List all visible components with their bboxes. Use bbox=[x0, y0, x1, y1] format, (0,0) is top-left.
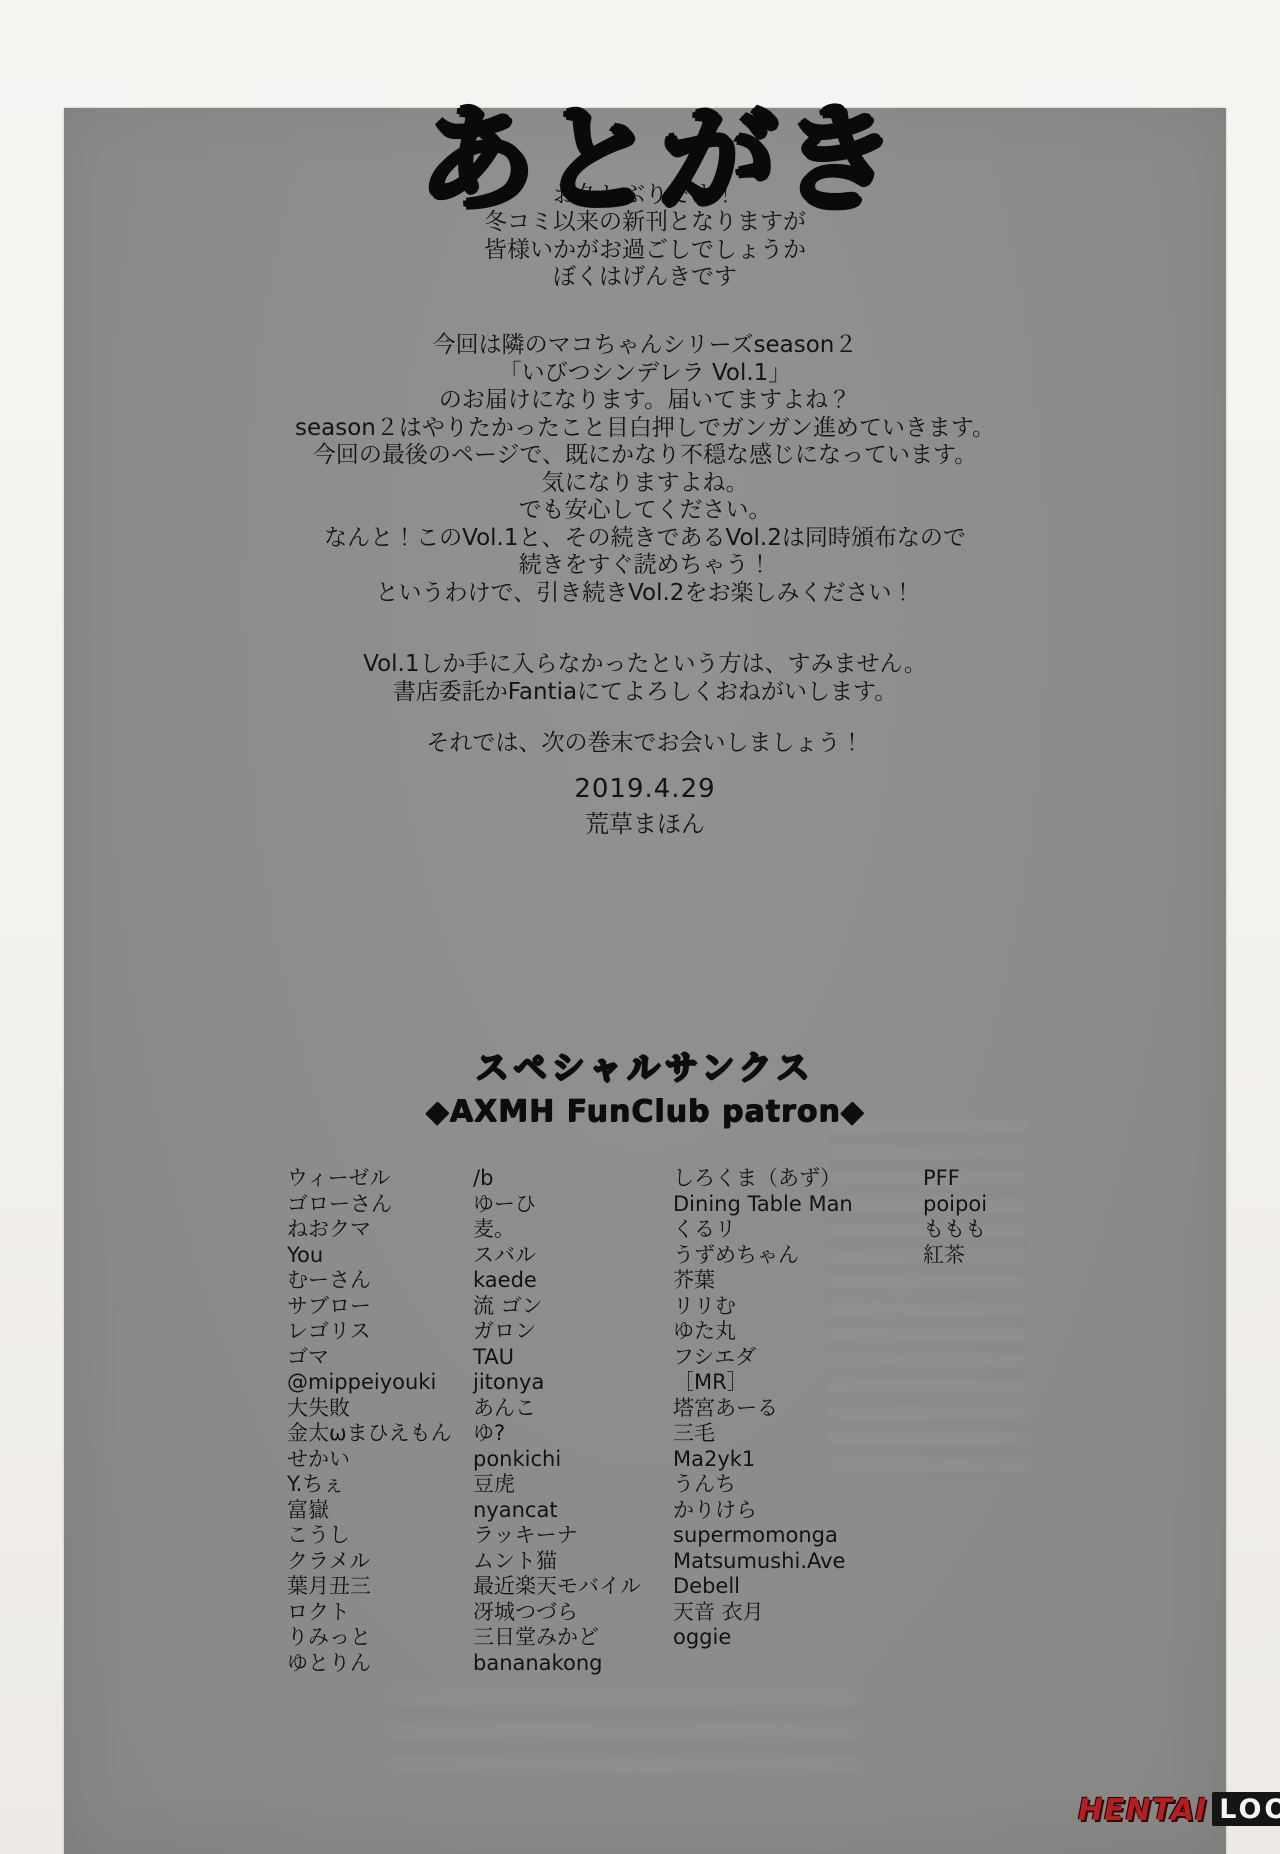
thanks-name: サブロー bbox=[287, 1294, 473, 1320]
thanks-name: Matsumushi.Ave bbox=[673, 1549, 923, 1575]
watermark-word-hentai: HENTAI bbox=[1078, 1796, 1207, 1826]
thanks-name: Y.ちぇ bbox=[287, 1472, 473, 1498]
thanks-name: ウィーゼル bbox=[287, 1166, 473, 1192]
text-line: 書店委託かFantiaにてよろしくおねがいします。 bbox=[64, 678, 1226, 706]
thanks-name: ももも bbox=[923, 1217, 1073, 1243]
thanks-name: /b bbox=[473, 1166, 673, 1192]
afterword-apology-paragraph: Vol.1しか手に入らなかったという方は、すみません。書店委託かFantiaにて… bbox=[64, 650, 1226, 706]
thanks-name: bananakong bbox=[473, 1651, 673, 1677]
thanks-name: ［MR］ bbox=[673, 1370, 923, 1396]
thanks-name: Ma2yk1 bbox=[673, 1447, 923, 1473]
text-line: season２はやりたかったこと目白押しでガンガン進めていきます。 bbox=[64, 415, 1226, 443]
thanks-column-3: しろくま（あず）Dining Table Manくるリうずめちゃん芥葉リリむゆた… bbox=[673, 1166, 923, 1676]
text-line: でも安心してください。 bbox=[64, 497, 1226, 525]
text-line: 今回は隣のマコちゃんシリーズseason２ bbox=[64, 332, 1226, 360]
thanks-name: 富嶽 bbox=[287, 1498, 473, 1524]
special-thanks-subheading: ◆AXMH FunClub patron◆ bbox=[64, 1094, 1226, 1129]
thanks-name: ponkichi bbox=[473, 1447, 673, 1473]
thanks-name: 冴城つづら bbox=[473, 1600, 673, 1626]
thanks-name: ゆとりん bbox=[287, 1651, 473, 1677]
thanks-name: 塔宮あーる bbox=[673, 1396, 923, 1422]
text-line: 気になりますよね。 bbox=[64, 470, 1226, 498]
text-line: 皆様いかがお過ごしでしょうか bbox=[64, 237, 1226, 264]
thanks-name: 流 ゴン bbox=[473, 1294, 673, 1320]
afterword-body-paragraph: 今回は隣のマコちゃんシリーズseason２「いびつシンデレラ Vol.1」のお届… bbox=[64, 332, 1226, 607]
thanks-name: ラッキーナ bbox=[473, 1523, 673, 1549]
thanks-column-2: /bゆーひ麦。スバルkaede流 ゴンガロンTAUjitonyaあんこゆ?pon… bbox=[473, 1166, 673, 1676]
thanks-column-1: ウィーゼルゴローさんねおクマYouむーさんサブローレゴリスゴマ@mippeiyo… bbox=[287, 1166, 473, 1676]
thanks-name: oggie bbox=[673, 1625, 923, 1651]
text-line: 今回の最後のページで、既にかなり不穏な感じになっています。 bbox=[64, 442, 1226, 470]
text-line: 続きをすぐ読めちゃう！ bbox=[64, 552, 1226, 580]
thanks-name: せかい bbox=[287, 1447, 473, 1473]
thanks-name: TAU bbox=[473, 1345, 673, 1371]
thanks-name: jitonya bbox=[473, 1370, 673, 1396]
thanks-name: あんこ bbox=[473, 1396, 673, 1422]
text-line: ぼくはげんきです bbox=[64, 264, 1226, 291]
thanks-name: ゆーひ bbox=[473, 1192, 673, 1218]
thanks-name: うずめちゃん bbox=[673, 1243, 923, 1269]
publish-date: 2019.4.29 bbox=[64, 774, 1226, 804]
thanks-name: 三毛 bbox=[673, 1421, 923, 1447]
hentailoop-watermark: HENTAI LOOP .com bbox=[1078, 1792, 1280, 1826]
thanks-name: @mippeiyouki bbox=[287, 1370, 473, 1396]
thanks-name: 大失敗 bbox=[287, 1396, 473, 1422]
thanks-name: 豆虎 bbox=[473, 1472, 673, 1498]
thanks-name: むーさん bbox=[287, 1268, 473, 1294]
thanks-name: kaede bbox=[473, 1268, 673, 1294]
thanks-name: ゆた丸 bbox=[673, 1319, 923, 1345]
thanks-name: Debell bbox=[673, 1574, 923, 1600]
thanks-name: くるリ bbox=[673, 1217, 923, 1243]
thanks-name: You bbox=[287, 1243, 473, 1269]
author-name: 荒草まほん bbox=[64, 804, 1226, 839]
thanks-name: こうし bbox=[287, 1523, 473, 1549]
thanks-name: ガロン bbox=[473, 1319, 673, 1345]
thanks-name: りみっと bbox=[287, 1625, 473, 1651]
thanks-name: 葉月丑三 bbox=[287, 1574, 473, 1600]
thanks-name: ねおクマ bbox=[287, 1217, 473, 1243]
thanks-name: レゴリス bbox=[287, 1319, 473, 1345]
text-line: Vol.1しか手に入らなかったという方は、すみません。 bbox=[64, 650, 1226, 678]
thanks-name: リリむ bbox=[673, 1294, 923, 1320]
thanks-name: 紅茶 bbox=[923, 1243, 1073, 1269]
thanks-name: フシエダ bbox=[673, 1345, 923, 1371]
page-title: あとがき bbox=[0, 100, 1280, 222]
thanks-name: nyancat bbox=[473, 1498, 673, 1524]
thanks-name: 芥葉 bbox=[673, 1268, 923, 1294]
thanks-name: ロクト bbox=[287, 1600, 473, 1626]
thanks-name: しろくま（あず） bbox=[673, 1166, 923, 1192]
thanks-name: 天音 衣月 bbox=[673, 1600, 923, 1626]
thanks-name: ゴマ bbox=[287, 1345, 473, 1371]
thanks-name: poipoi bbox=[923, 1192, 1073, 1218]
scanned-afterword-page: { "page": { "title": "あとがき", "panel_colo… bbox=[0, 0, 1280, 1854]
thanks-column-4: PFFpoipoiももも紅茶 bbox=[923, 1166, 1073, 1676]
text-line: のお届けになります。届いてますよね？ bbox=[64, 387, 1226, 415]
thanks-name: ムント猫 bbox=[473, 1549, 673, 1575]
thanks-name: Dining Table Man bbox=[673, 1192, 923, 1218]
thanks-name: 最近楽天モバイル bbox=[473, 1574, 673, 1600]
thanks-name: 麦。 bbox=[473, 1217, 673, 1243]
thanks-name: かりけら bbox=[673, 1498, 923, 1524]
thanks-name: 金太ωまひえもん bbox=[287, 1421, 473, 1447]
closing-line: それでは、次の巻末でお会いしましょう！ bbox=[64, 724, 1226, 757]
thanks-name: PFF bbox=[923, 1166, 1073, 1192]
thanks-name: クラメル bbox=[287, 1549, 473, 1575]
watermark-word-loop: LOOP bbox=[1212, 1792, 1280, 1826]
special-thanks-heading: スペシャルサンクス bbox=[64, 1042, 1226, 1089]
thanks-name: うんち bbox=[673, 1472, 923, 1498]
thanks-name: ゴローさん bbox=[287, 1192, 473, 1218]
thanks-name: スバル bbox=[473, 1243, 673, 1269]
special-thanks-list: ウィーゼルゴローさんねおクマYouむーさんサブローレゴリスゴマ@mippeiyo… bbox=[287, 1166, 1073, 1676]
thanks-name: ゆ? bbox=[473, 1421, 673, 1447]
thanks-name: supermomonga bbox=[673, 1523, 923, 1549]
thanks-name: 三日堂みかど bbox=[473, 1625, 673, 1651]
text-line: 「いびつシンデレラ Vol.1」 bbox=[64, 360, 1226, 388]
text-line: というわけで、引き続きVol.2をお楽しみください！ bbox=[64, 580, 1226, 608]
text-line: なんと！このVol.1と、その続きであるVol.2は同時頒布なので bbox=[64, 525, 1226, 553]
